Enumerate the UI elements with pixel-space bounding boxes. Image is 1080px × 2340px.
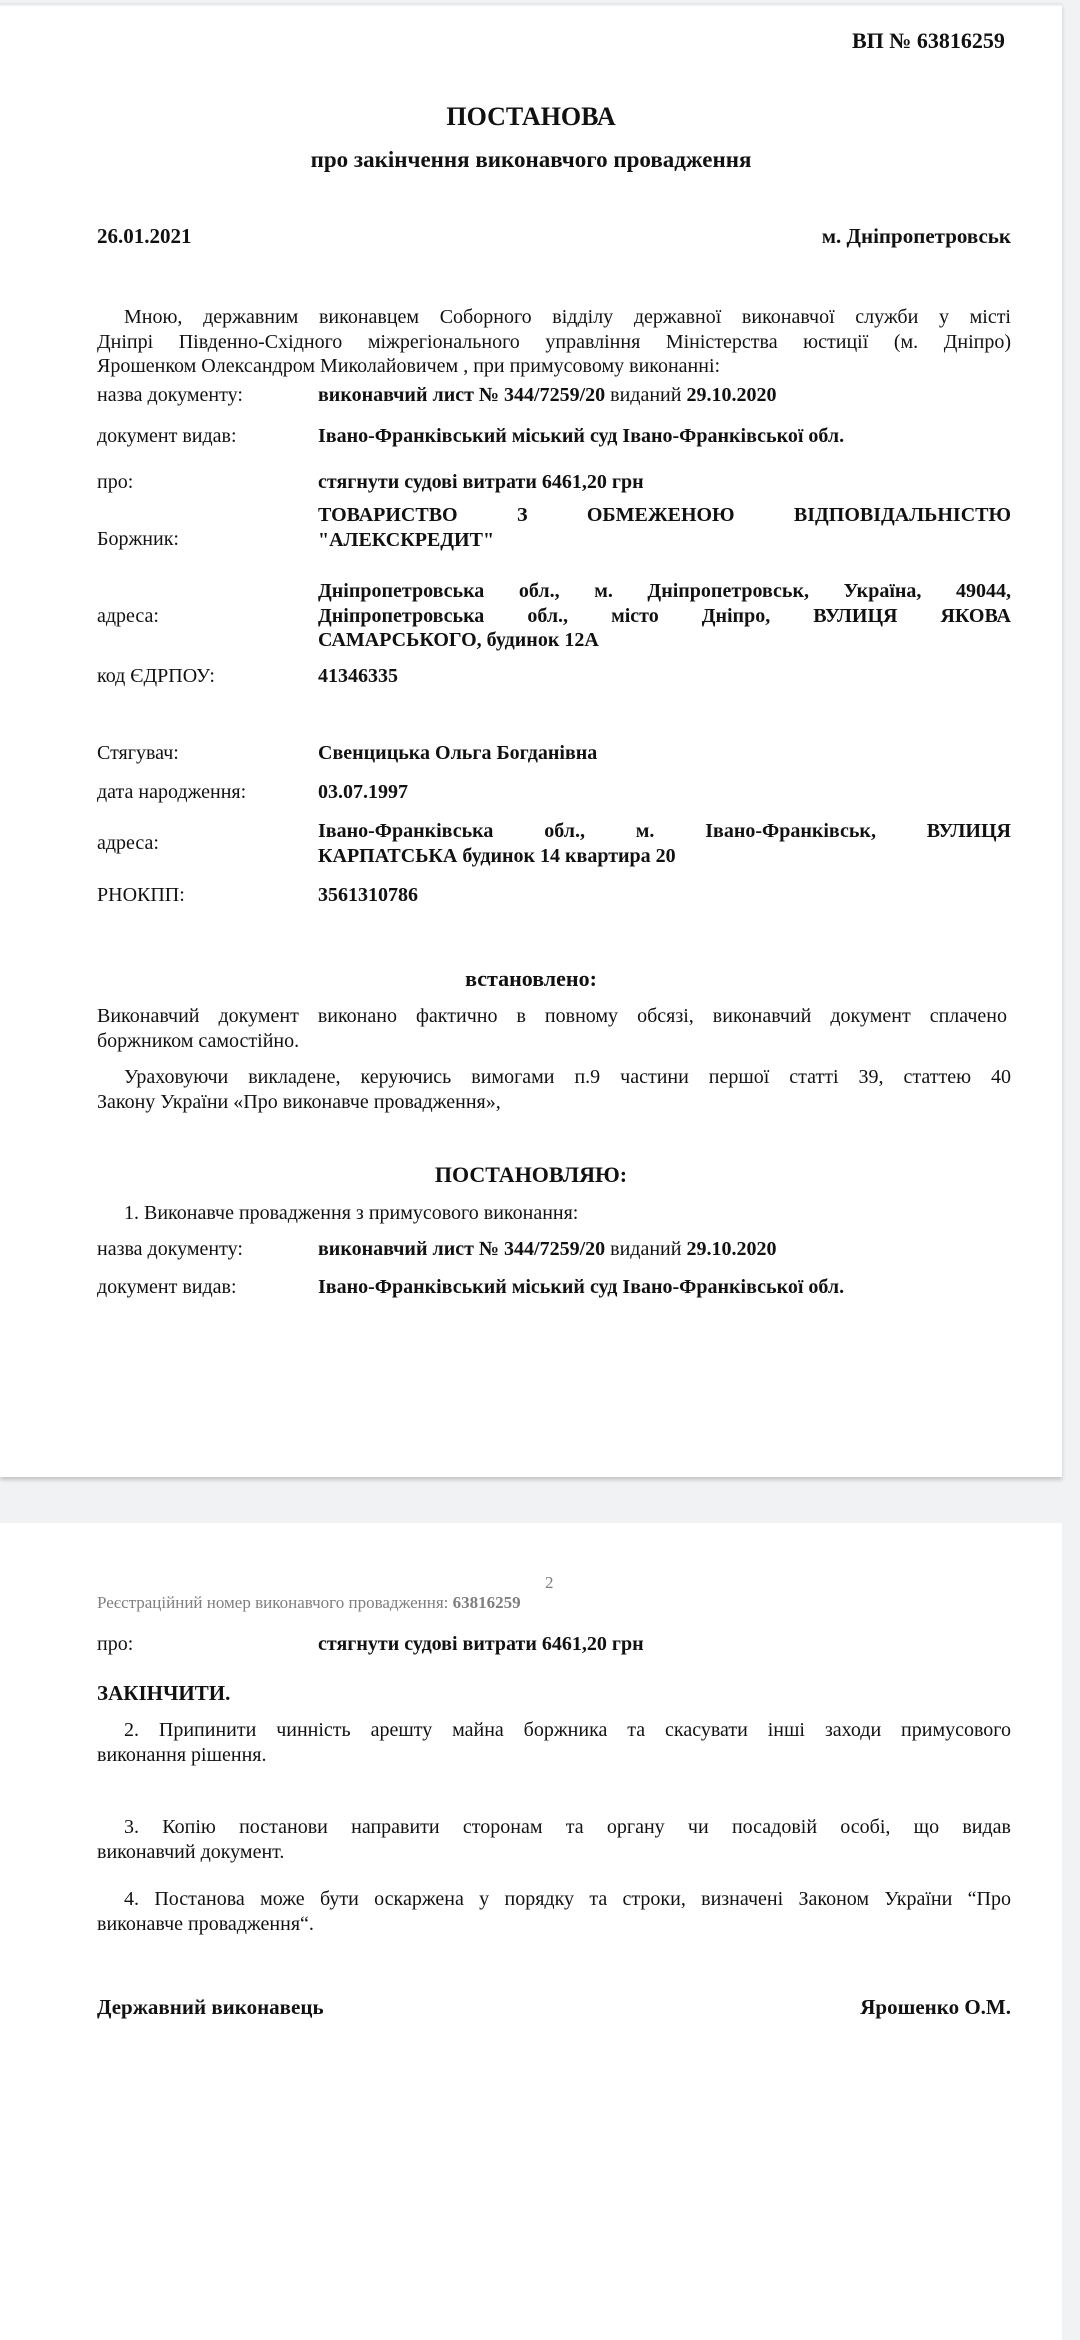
considering-paragraph: Ураховуючи викладене, керуючись вимогами… (97, 1065, 1011, 1114)
edrpou-label: код ЄДРПОУ: (97, 664, 215, 688)
established-heading: встановлено: (0, 966, 1062, 992)
tax-id-value: 3561310786 (318, 883, 418, 907)
document-name-value: виконавчий лист № 344/7259/20 виданий 29… (318, 383, 776, 407)
issue-date: 29.10.2020 (686, 384, 776, 406)
document-name-label: назва документу: (97, 1237, 243, 1261)
case-number: ВП № 63816259 (852, 28, 1005, 54)
intro-line: Ярошенком Олександром Миколайовичем , пр… (97, 354, 1011, 379)
document-city: м. Дніпропетровськ (822, 224, 1011, 248)
document-name-label: назва документу: (97, 383, 243, 407)
signature-name: Ярошенко О.М. (860, 1994, 1011, 2020)
document-page-1: ВП № 63816259 ПОСТАНОВА про закінчення в… (0, 3, 1062, 1477)
considering-line: Ураховуючи викладене, керуючись вимогами… (97, 1065, 1011, 1090)
item-line: виконавче провадження“. (97, 1912, 1011, 1937)
debtor-name-line: "АЛЕКСКРЕДИТ" (318, 528, 1011, 553)
established-paragraph: Виконавчий документ виконано фактично в … (97, 1004, 1007, 1053)
debtor-name-line: ТОВАРИСТВО З ОБМЕЖЕНОЮ ВІДПОВІДАЛЬНІСТЮ (318, 503, 1011, 528)
document-name-value: виконавчий лист № 344/7259/20 виданий 29… (318, 1237, 776, 1261)
document-page-2: 2 Реєстраційний номер виконавчого провад… (0, 1523, 1062, 2340)
document-date: 26.01.2021 (97, 224, 192, 248)
document-title: ПОСТАНОВА (0, 102, 1062, 132)
established-line: боржником самостійно. (97, 1029, 1007, 1054)
creditor-label: Стягувач: (97, 741, 179, 765)
finish-heading: ЗАКІНЧИТИ. (97, 1680, 230, 1706)
debtor-address-line: Дніпропетровська обл., місто Дніпро, ВУЛ… (318, 604, 1011, 629)
debtor-address-label: адреса: (97, 604, 159, 628)
resolve-item-2: 2. Припинити чинність арешту майна боржн… (97, 1718, 1011, 1767)
issued-word: виданий (605, 1238, 686, 1260)
birth-date-value: 03.07.1997 (318, 780, 408, 804)
issue-date: 29.10.2020 (686, 1238, 776, 1260)
item-line: 4. Постанова може бути оскаржена у поряд… (97, 1887, 1011, 1912)
about-value: стягнути судові витрати 6461,20 грн (318, 1632, 644, 1656)
creditor-name: Свенцицька Ольга Богданівна (318, 741, 597, 765)
tax-id-label: РНОКПП: (97, 883, 185, 907)
about-label: про: (97, 470, 133, 494)
registration-label: Реєстраційний номер виконавчого провадже… (97, 1593, 453, 1612)
birth-date-label: дата народження: (97, 780, 246, 804)
intro-line: Дніпрі Південно-Східного міжрегіональног… (97, 330, 1011, 355)
writ-number: виконавчий лист № 344/7259/20 (318, 384, 605, 406)
established-line: Виконавчий документ виконано фактично в … (97, 1004, 1007, 1029)
document-issuer-label: документ видав: (97, 424, 237, 448)
issued-word: виданий (605, 384, 686, 406)
edrpou-value: 41346335 (318, 664, 398, 688)
page-top-edge (0, 3, 1062, 6)
resolve-item-3: 3. Копію постанови направити сторонам та… (97, 1815, 1011, 1864)
item-line: 3. Копію постанови направити сторонам та… (97, 1815, 1011, 1840)
considering-line: Закону України «Про виконавче провадженн… (97, 1090, 1011, 1115)
resolve-heading: ПОСТАНОВЛЯЮ: (0, 1162, 1062, 1188)
debtor-label: Боржник: (97, 527, 179, 551)
resolve-item-1: 1. Виконавче провадження з примусового в… (124, 1201, 578, 1225)
document-issuer-value: Івано-Франківський міський суд Івано-Фра… (318, 1275, 844, 1299)
debtor-address-line: САМАРСЬКОГО, будинок 12А (318, 628, 1011, 653)
debtor-name: ТОВАРИСТВО З ОБМЕЖЕНОЮ ВІДПОВІДАЛЬНІСТЮ … (318, 503, 1011, 552)
registration-number-line: Реєстраційний номер виконавчого провадже… (97, 1593, 521, 1613)
item-line: 2. Припинити чинність арешту майна боржн… (97, 1718, 1011, 1743)
document-issuer-value: Івано-Франківський міський суд Івано-Фра… (318, 424, 844, 448)
debtor-address: Дніпропетровська обл., м. Дніпропетровсь… (318, 579, 1011, 653)
item-line: виконавчий документ. (97, 1840, 1011, 1865)
writ-number: виконавчий лист № 344/7259/20 (318, 1238, 605, 1260)
creditor-address-label: адреса: (97, 831, 159, 855)
page-number: 2 (545, 1573, 554, 1593)
about-value: стягнути судові витрати 6461,20 грн (318, 470, 644, 494)
intro-line: Мною, державним виконавцем Соборного від… (97, 305, 1011, 330)
document-subtitle: про закінчення виконавчого провадження (0, 146, 1062, 174)
creditor-address-line: КАРПАТСЬКА будинок 14 квартира 20 (318, 844, 1011, 869)
debtor-address-line: Дніпропетровська обл., м. Дніпропетровсь… (318, 579, 1011, 604)
registration-number: 63816259 (453, 1593, 521, 1612)
creditor-address: Івано-Франківська обл., м. Івано-Франків… (318, 819, 1011, 868)
creditor-address-line: Івано-Франківська обл., м. Івано-Франків… (318, 819, 1011, 844)
intro-paragraph: Мною, державним виконавцем Соборного від… (97, 305, 1011, 379)
resolve-item-4: 4. Постанова може бути оскаржена у поряд… (97, 1887, 1011, 1936)
viewer-scroll-gutter[interactable] (1062, 0, 1080, 2340)
document-issuer-label: документ видав: (97, 1275, 237, 1299)
about-label: про: (97, 1632, 133, 1656)
signature-role: Державний виконавець (97, 1994, 324, 2020)
item-line: виконання рішення. (97, 1743, 1011, 1768)
